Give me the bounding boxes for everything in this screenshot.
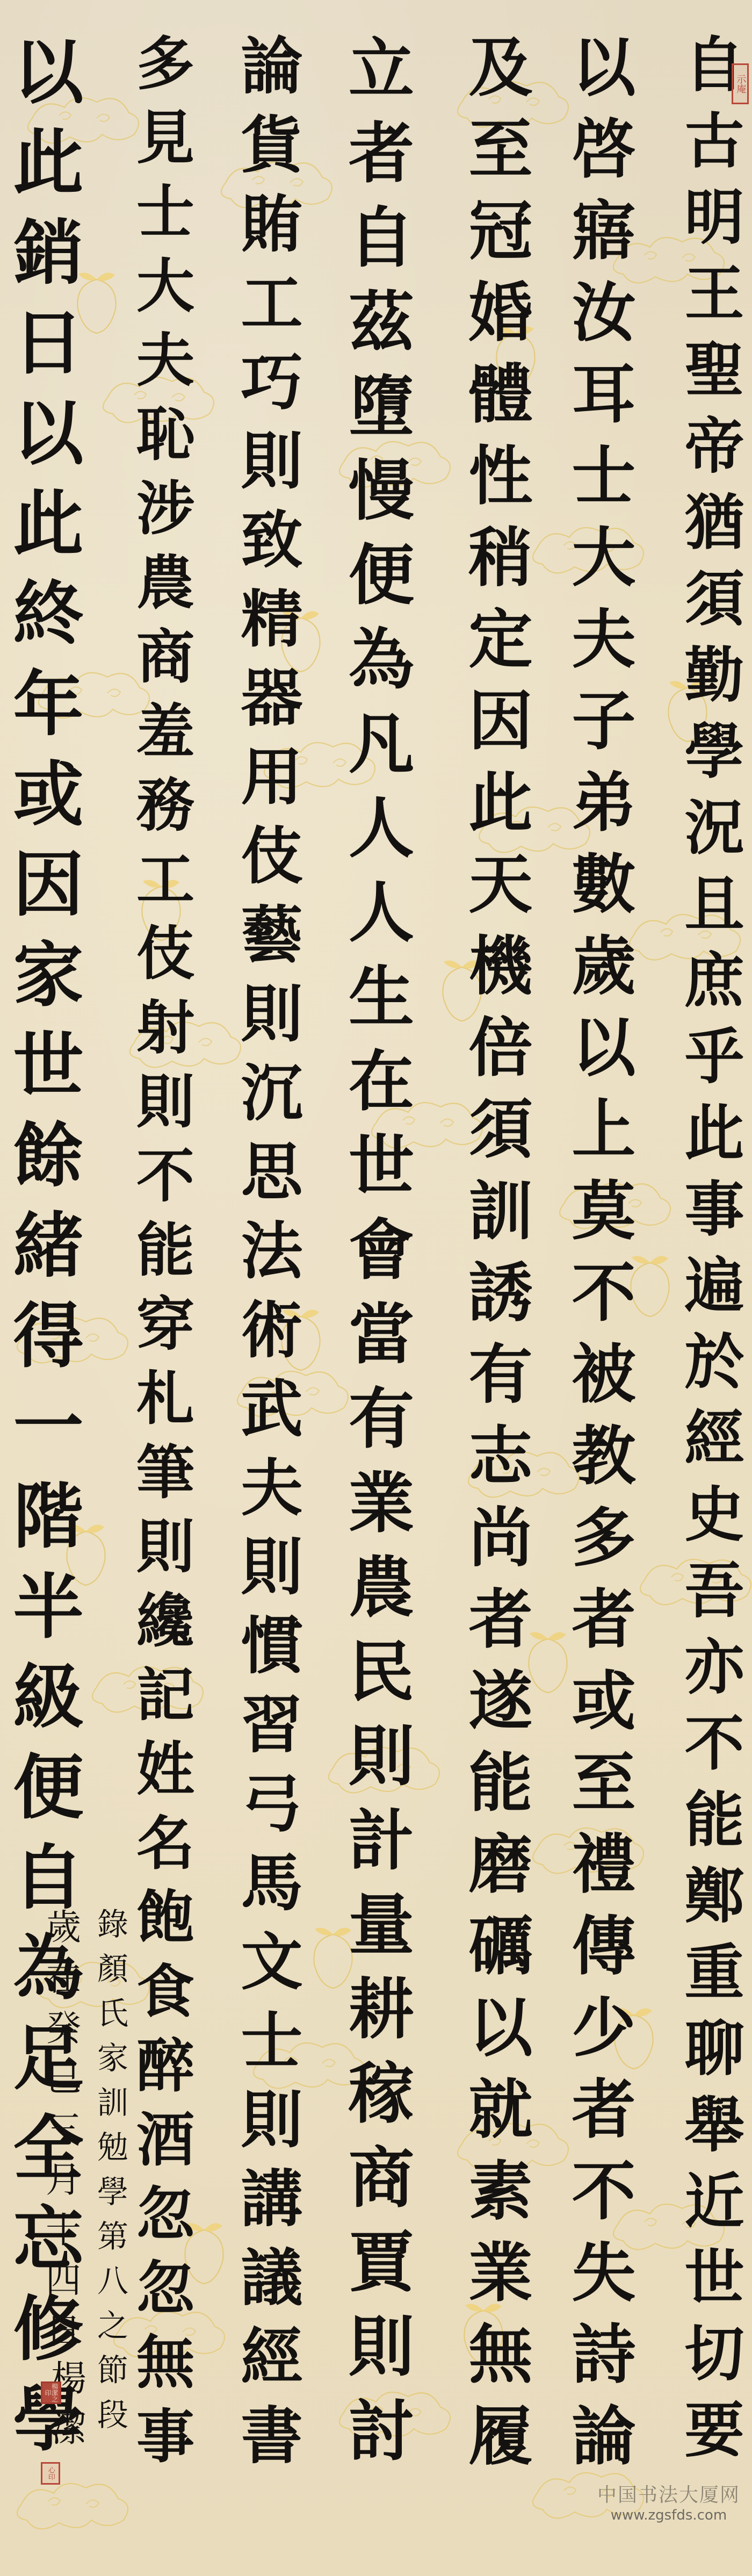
calligraphy-character: 農 <box>338 1545 424 1630</box>
seal-bottom-left: 心印 <box>41 2462 60 2485</box>
inscription-column-2: 歲在癸巳三月十四日 <box>37 1902 90 2357</box>
calligraphy-character: 要 <box>671 2392 752 2469</box>
calligraphy-character: 古 <box>671 103 752 179</box>
calligraphy-character: 士 <box>561 435 647 517</box>
calligraphy-character: 教 <box>561 1415 647 1497</box>
calligraphy-character: 數 <box>561 844 647 925</box>
calligraphy-character: 士 <box>229 2002 315 2081</box>
calligraphy-character: 論 <box>229 27 315 106</box>
calligraphy-character: 學 <box>671 714 752 790</box>
calligraphy-character: 致 <box>229 501 315 580</box>
calligraphy-character: 便 <box>338 533 424 617</box>
calligraphy-character: 履 <box>458 2395 544 2477</box>
calligraphy-character: 大 <box>122 249 208 323</box>
calligraphy-character: 緒 <box>5 1200 91 1291</box>
signature: 楊潔 <box>42 2354 96 2455</box>
calligraphy-character: 月 <box>37 2155 90 2205</box>
calligraphy-character: 耕 <box>338 1967 424 2052</box>
calligraphy-character: 訓 <box>458 1170 544 1252</box>
calligraphy-character: 之 <box>86 2304 140 2348</box>
calligraphy-character: 四 <box>37 2256 90 2306</box>
calligraphy-character: 便 <box>5 1742 91 1832</box>
calligraphy-character: 冠 <box>458 190 544 272</box>
calligraphy-character: 術 <box>229 1291 315 1370</box>
calligraphy-character: 潔 <box>42 2404 96 2455</box>
calligraphy-character: 錄 <box>86 1902 140 1947</box>
calligraphy-character: 則 <box>229 2081 315 2160</box>
calligraphy-character: 不 <box>671 1706 752 1782</box>
calligraphy-character: 以 <box>5 388 91 478</box>
calligraphy-character: 大 <box>561 517 647 599</box>
calligraphy-character: 此 <box>671 1095 752 1171</box>
calligraphy-character: 夫 <box>561 599 647 680</box>
calligraphy-character: 姓 <box>122 1732 208 1807</box>
calligraphy-character: 筆 <box>122 1436 208 1510</box>
calligraphy-character: 工 <box>122 843 208 917</box>
calligraphy-character: 巧 <box>229 343 315 422</box>
calligraphy-character: 於 <box>671 1324 752 1400</box>
calligraphy-character: 記 <box>122 1658 208 1732</box>
calligraphy-character: 餘 <box>5 1110 91 1200</box>
calligraphy-character: 被 <box>561 1334 647 1415</box>
calligraphy-character: 此 <box>458 762 544 844</box>
calligraphy-character: 聊 <box>671 2011 752 2087</box>
calligraphy-character: 寤 <box>561 190 647 272</box>
calligraphy-character: 世 <box>338 1124 424 1208</box>
calligraphy-character: 羞 <box>122 694 208 768</box>
calligraphy-character: 議 <box>229 2239 315 2318</box>
calligraphy-character: 定 <box>458 599 544 680</box>
calligraphy-character: 近 <box>671 2163 752 2240</box>
calligraphy-character: 失 <box>561 2232 647 2314</box>
calligraphy-character: 則 <box>338 2305 424 2389</box>
calligraphy-character: 人 <box>338 786 424 870</box>
calligraphy-character: 以 <box>561 27 647 109</box>
calligraphy-character: 能 <box>122 1213 208 1287</box>
calligraphy-character: 癸 <box>37 2003 90 2054</box>
calligraphy-character: 及 <box>458 27 544 109</box>
calligraphy-character: 因 <box>458 680 544 762</box>
calligraphy-character: 則 <box>229 975 315 1054</box>
calligraphy-character: 多 <box>561 1497 647 1579</box>
calligraphy-character: 此 <box>5 478 91 569</box>
calligraphy-character: 少 <box>561 1987 647 2069</box>
calligraphy-character: 舉 <box>671 2087 752 2163</box>
calligraphy-character: 稼 <box>338 2052 424 2136</box>
calligraphy-character: 此 <box>5 117 91 207</box>
calligraphy-character: 學 <box>86 2170 140 2214</box>
calligraphy-character: 器 <box>229 659 315 738</box>
calligraphy-character: 沉 <box>229 1054 315 1133</box>
calligraphy-character: 巳 <box>37 2054 90 2104</box>
calligraphy-character: 禮 <box>561 1824 647 1905</box>
calligraphy-character: 者 <box>561 2069 647 2150</box>
calligraphy-character: 勤 <box>671 637 752 714</box>
calligraphy-character: 階 <box>5 1471 91 1562</box>
calligraphy-character: 馬 <box>229 1844 315 1923</box>
calligraphy-character: 乎 <box>671 1019 752 1095</box>
calligraphy-character: 無 <box>458 2314 544 2395</box>
main-column-5: 論貨賄工巧則致精器用伎藝則沉思法術武夫則慣習弓馬文士則講議經書 <box>229 27 315 2476</box>
calligraphy-character: 家 <box>86 2036 140 2081</box>
calligraphy-character: 則 <box>229 1528 315 1607</box>
calligraphy-character: 藝 <box>229 896 315 975</box>
calligraphy-character: 須 <box>671 561 752 637</box>
calligraphy-character: 夫 <box>229 1449 315 1528</box>
calligraphy-character: 級 <box>5 1652 91 1742</box>
calligraphy-character: 在 <box>37 1953 90 2003</box>
calligraphy-character: 慢 <box>338 449 424 533</box>
calligraphy-character: 不 <box>561 1252 647 1334</box>
calligraphy-character: 則 <box>122 1510 208 1584</box>
calligraphy-character: 況 <box>671 790 752 866</box>
calligraphy-character: 有 <box>338 1377 424 1461</box>
calligraphy-character: 講 <box>229 2160 315 2239</box>
calligraphy-character: 立 <box>338 27 424 111</box>
calligraphy-character: 討 <box>338 2389 424 2473</box>
calligraphy-character: 啓 <box>561 109 647 190</box>
calligraphy-character: 則 <box>338 1714 424 1798</box>
calligraphy-character: 聖 <box>671 332 752 408</box>
calligraphy-character: 家 <box>5 930 91 1020</box>
calligraphy-character: 汝 <box>561 272 647 354</box>
calligraphy-character: 訓 <box>86 2081 140 2125</box>
calligraphy-character: 史 <box>671 1477 752 1553</box>
calligraphy-character: 誘 <box>458 1252 544 1334</box>
calligraphy-character: 札 <box>122 1362 208 1436</box>
calligraphy-character: 為 <box>338 617 424 702</box>
calligraphy-character: 穿 <box>122 1287 208 1362</box>
calligraphy-character: 不 <box>122 1139 208 1213</box>
calligraphy-character: 有 <box>458 1334 544 1415</box>
calligraphy-character: 鄭 <box>671 1858 752 1934</box>
calligraphy-character: 文 <box>229 1923 315 2002</box>
calligraphy-character: 至 <box>458 109 544 190</box>
calligraphy-character: 在 <box>338 1039 424 1124</box>
calligraphy-character: 終 <box>5 569 91 659</box>
calligraphy-character: 婚 <box>458 272 544 354</box>
watermark-title: 中国书法大厦网 <box>597 2480 740 2507</box>
calligraphy-character: 素 <box>458 2150 544 2232</box>
calligraphy-character: 庶 <box>671 942 752 1019</box>
seal-top-right: 示庵 <box>732 63 749 104</box>
calligraphy-character: 商 <box>122 620 208 694</box>
calligraphy-character: 思 <box>229 1133 315 1212</box>
calligraphy-character: 稍 <box>458 517 544 599</box>
calligraphy-character: 世 <box>5 1020 91 1110</box>
calligraphy-character: 涉 <box>122 472 208 546</box>
calligraphy-character: 伎 <box>122 917 208 991</box>
calligraphy-character: 礪 <box>458 1905 544 1987</box>
calligraphy-character: 業 <box>338 1461 424 1545</box>
calligraphy-character: 夫 <box>122 323 208 398</box>
calligraphy-character: 八 <box>86 2259 140 2304</box>
calligraphy-character: 見 <box>122 101 208 175</box>
watermark-url: www.zgsfds.com <box>597 2507 740 2523</box>
main-column-1: 自古明王聖帝猶須勤學況且庶乎此事遍於經史吾亦不能鄭重聊舉近世切要 <box>671 27 752 2469</box>
calligraphy-character: 農 <box>122 546 208 620</box>
calligraphy-character: 氏 <box>86 1991 140 2036</box>
calligraphy-character: 以 <box>561 1007 647 1089</box>
calligraphy-character: 以 <box>458 1987 544 2069</box>
calligraphy-character: 倍 <box>458 1007 544 1089</box>
main-column-3: 及至冠婚體性稍定因此天機倍須訓誘有志尚者遂能磨礪以就素業無履 <box>458 27 544 2477</box>
calligraphy-character: 經 <box>229 2318 315 2397</box>
calligraphy-character: 日 <box>5 298 91 388</box>
calligraphy-character: 射 <box>122 991 208 1065</box>
calligraphy-character: 切 <box>671 2316 752 2392</box>
calligraphy-character: 墮 <box>338 364 424 449</box>
calligraphy-character: 機 <box>458 925 544 1007</box>
main-column-4: 立者自茲墮慢便為凡人人生在世會當有業農民則計量耕稼商賈則討 <box>338 27 424 2473</box>
calligraphy-character: 茲 <box>338 280 424 364</box>
calligraphy-character: 且 <box>671 866 752 942</box>
calligraphy-character: 世 <box>671 2240 752 2316</box>
calligraphy-character: 遍 <box>671 1248 752 1324</box>
calligraphy-character: 天 <box>458 844 544 925</box>
calligraphy-character: 武 <box>229 1370 315 1449</box>
calligraphy-character: 精 <box>229 580 315 659</box>
calligraphy-character: 生 <box>338 955 424 1039</box>
calligraphy-character: 勉 <box>86 2125 140 2170</box>
calligraphy-character: 工 <box>229 264 315 343</box>
calligraphy-character: 王 <box>671 256 752 332</box>
calligraphy-character: 重 <box>671 1934 752 2011</box>
calligraphy-character: 能 <box>671 1782 752 1858</box>
calligraphy-character: 至 <box>561 1742 647 1824</box>
calligraphy-character: 尚 <box>458 1497 544 1579</box>
calligraphy-character: 伎 <box>229 817 315 896</box>
calligraphy-character: 十 <box>37 2205 90 2256</box>
calligraphy-character: 歲 <box>37 1902 90 1953</box>
calligraphy-character: 用 <box>229 738 315 817</box>
calligraphy-character: 法 <box>229 1212 315 1291</box>
calligraphy-character: 以 <box>5 27 91 117</box>
calligraphy-character: 得 <box>5 1291 91 1381</box>
calligraphy-character: 因 <box>5 839 91 930</box>
calligraphy-character: 就 <box>458 2069 544 2150</box>
calligraphy-character: 商 <box>338 2136 424 2220</box>
calligraphy-character: 顏 <box>86 1947 140 1991</box>
calligraphy-character: 凡 <box>338 702 424 786</box>
calligraphy-character: 能 <box>458 1742 544 1824</box>
calligraphy-character: 名 <box>122 1807 208 1881</box>
calligraphy-character: 務 <box>122 768 208 843</box>
calligraphy-character: 論 <box>561 2395 647 2477</box>
scroll-paper: 自古明王聖帝猶須勤學況且庶乎此事遍於經史吾亦不能鄭重聊舉近世切要 以啓寤汝耳士大… <box>0 0 752 2576</box>
calligraphy-character: 志 <box>458 1415 544 1497</box>
calligraphy-character: 不 <box>561 2150 647 2232</box>
calligraphy-character: 須 <box>458 1089 544 1170</box>
calligraphy-character: 賄 <box>229 185 315 264</box>
calligraphy-character: 者 <box>338 111 424 196</box>
calligraphy-character: 或 <box>5 749 91 839</box>
calligraphy-character: 自 <box>338 196 424 280</box>
calligraphy-character: 磨 <box>458 1824 544 1905</box>
calligraphy-character: 民 <box>338 1630 424 1714</box>
calligraphy-character: 則 <box>229 422 315 501</box>
calligraphy-character: 歲 <box>561 925 647 1007</box>
main-column-2: 以啓寤汝耳士大夫子弟數歲以上莫不被教多者或至禮傳少者不失詩論 <box>561 27 647 2477</box>
calligraphy-character: 日 <box>37 2306 90 2357</box>
calligraphy-character: 三 <box>37 2104 90 2155</box>
calligraphy-character: 亦 <box>671 1629 752 1706</box>
calligraphy-character: 當 <box>338 1292 424 1377</box>
calligraphy-character: 慣 <box>229 1607 315 1686</box>
calligraphy-character: 習 <box>229 1686 315 1765</box>
calligraphy-character: 經 <box>671 1400 752 1477</box>
calligraphy-character: 多 <box>122 27 208 101</box>
calligraphy-character: 性 <box>458 435 544 517</box>
calligraphy-character: 書 <box>229 2397 315 2476</box>
calligraphy-character: 則 <box>122 1065 208 1139</box>
watermark: 中国书法大厦网 www.zgsfds.com <box>597 2480 740 2523</box>
calligraphy-character: 半 <box>5 1562 91 1652</box>
calligraphy-character: 會 <box>338 1208 424 1292</box>
calligraphy-character: 年 <box>5 659 91 749</box>
calligraphy-character: 吾 <box>671 1553 752 1629</box>
calligraphy-character: 計 <box>338 1798 424 1883</box>
calligraphy-character: 莫 <box>561 1170 647 1252</box>
calligraphy-character: 量 <box>338 1883 424 1967</box>
calligraphy-character: 者 <box>458 1579 544 1660</box>
calligraphy-character: 貨 <box>229 106 315 185</box>
calligraphy-character: 事 <box>671 1171 752 1248</box>
calligraphy-character: 上 <box>561 1089 647 1170</box>
calligraphy-character: 第 <box>86 2214 140 2259</box>
calligraphy-character: 明 <box>671 179 752 256</box>
calligraphy-character: 子 <box>561 680 647 762</box>
calligraphy-character: 業 <box>458 2232 544 2314</box>
calligraphy-character: 遂 <box>458 1660 544 1742</box>
calligraphy-character: 賈 <box>338 2220 424 2305</box>
calligraphy-character: 人 <box>338 870 424 955</box>
calligraphy-character: 耳 <box>561 354 647 435</box>
calligraphy-character: 恥 <box>122 398 208 472</box>
calligraphy-character: 士 <box>122 175 208 249</box>
seal-signature: 楊潔之印 <box>41 2381 61 2404</box>
calligraphy-character: 或 <box>561 1660 647 1742</box>
calligraphy-character: 傳 <box>561 1905 647 1987</box>
calligraphy-character: 帝 <box>671 408 752 485</box>
calligraphy-character: 猶 <box>671 485 752 561</box>
calligraphy-character: 一 <box>5 1381 91 1471</box>
calligraphy-character: 弟 <box>561 762 647 844</box>
calligraphy-character: 銷 <box>5 207 91 298</box>
calligraphy-character: 纔 <box>122 1584 208 1658</box>
calligraphy-character: 者 <box>561 1579 647 1660</box>
calligraphy-character: 體 <box>458 354 544 435</box>
calligraphy-character: 詩 <box>561 2314 647 2395</box>
calligraphy-character: 弓 <box>229 1765 315 1844</box>
